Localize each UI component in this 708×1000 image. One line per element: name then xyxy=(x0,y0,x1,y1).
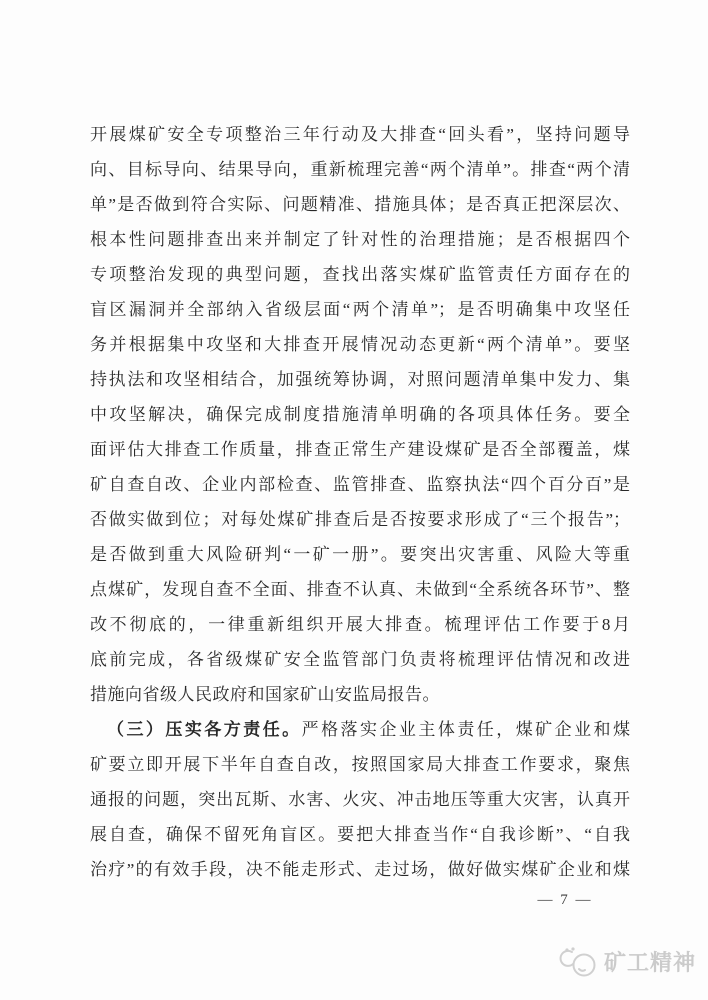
mascot-icon xyxy=(559,944,599,978)
watermark: 矿工精神 xyxy=(559,944,696,978)
section-heading: （三）压实各方责任。 xyxy=(107,720,302,739)
text-line: 底前完成，各省级煤矿安全监管部门负责将梳理评估情况和改进 xyxy=(90,642,630,677)
text-line: 通报的问题，突出瓦斯、水害、火灾、冲击地压等重大灾害，认真开 xyxy=(90,782,630,817)
text-run: 严格落实企业主体责任，煤矿企业和煤 xyxy=(302,720,630,739)
document-body: 开展煤矿安全专项整治三年行动及大排查“回头看”，坚持问题导 向、目标导向、结果导… xyxy=(90,117,630,887)
text-line: 矿自查自改、企业内部检查、监管排查、监察执法“四个百分百”是 xyxy=(90,467,630,502)
text-line: 中攻坚解决，确保完成制度措施清单明确的各项具体任务。要全 xyxy=(90,397,630,432)
text-line: 根本性问题排查出来并制定了针对性的治理措施；是否根据四个 xyxy=(90,222,630,257)
text-line: 开展煤矿安全专项整治三年行动及大排查“回头看”，坚持问题导 xyxy=(90,117,630,152)
text-line: 专项整治发现的典型问题，查找出落实煤矿监管责任方面存在的 xyxy=(90,257,630,292)
watermark-text: 矿工精神 xyxy=(604,946,696,977)
page-number: — 7 — xyxy=(478,892,652,909)
text-line: 展自查，确保不留死角盲区。要把大排查当作“自我诊断”、“自我 xyxy=(90,817,630,852)
text-line: 否做实做到位；对每处煤矿排查后是否按要求形成了“三个报告”； xyxy=(90,502,630,537)
text-line: 盲区漏洞并全部纳入省级层面“两个清单”；是否明确集中攻坚任 xyxy=(90,292,630,327)
text-line: 是否做到重大风险研判“一矿一册”。要突出灾害重、风险大等重 xyxy=(90,537,630,572)
text-line: 点煤矿，发现自查不全面、排查不认真、未做到“全系统各环节”、整 xyxy=(90,572,630,607)
text-line: 持执法和攻坚相结合，加强统筹协调，对照问题清单集中发力、集 xyxy=(90,362,630,397)
text-line: 务并根据集中攻坚和大排查开展情况动态更新“两个清单”。要坚 xyxy=(90,327,630,362)
text-line: 单”是否做到符合实际、问题精准、措施具体；是否真正把深层次、 xyxy=(90,187,630,222)
text-line: 矿要立即开展下半年自查自改，按照国家局大排查工作要求，聚焦 xyxy=(90,747,630,782)
text-line: 治疗”的有效手段，决不能走形式、走过场，做好做实煤矿企业和煤 xyxy=(90,852,630,887)
text-line: 面评估大排查工作质量，排查正常生产建设煤矿是否全部覆盖，煤 xyxy=(90,432,630,467)
section-heading-line: （三）压实各方责任。严格落实企业主体责任，煤矿企业和煤 xyxy=(90,712,630,747)
text-line: 改不彻底的，一律重新组织开展大排查。梳理评估工作要于8月 xyxy=(90,607,630,642)
text-line: 向、目标导向、结果导向，重新梳理完善“两个清单”。排查“两个清 xyxy=(90,152,630,187)
text-line: 措施向省级人民政府和国家矿山安监局报告。 xyxy=(90,677,630,712)
scanned-document-page: 开展煤矿安全专项整治三年行动及大排查“回头看”，坚持问题导 向、目标导向、结果导… xyxy=(0,0,708,1000)
